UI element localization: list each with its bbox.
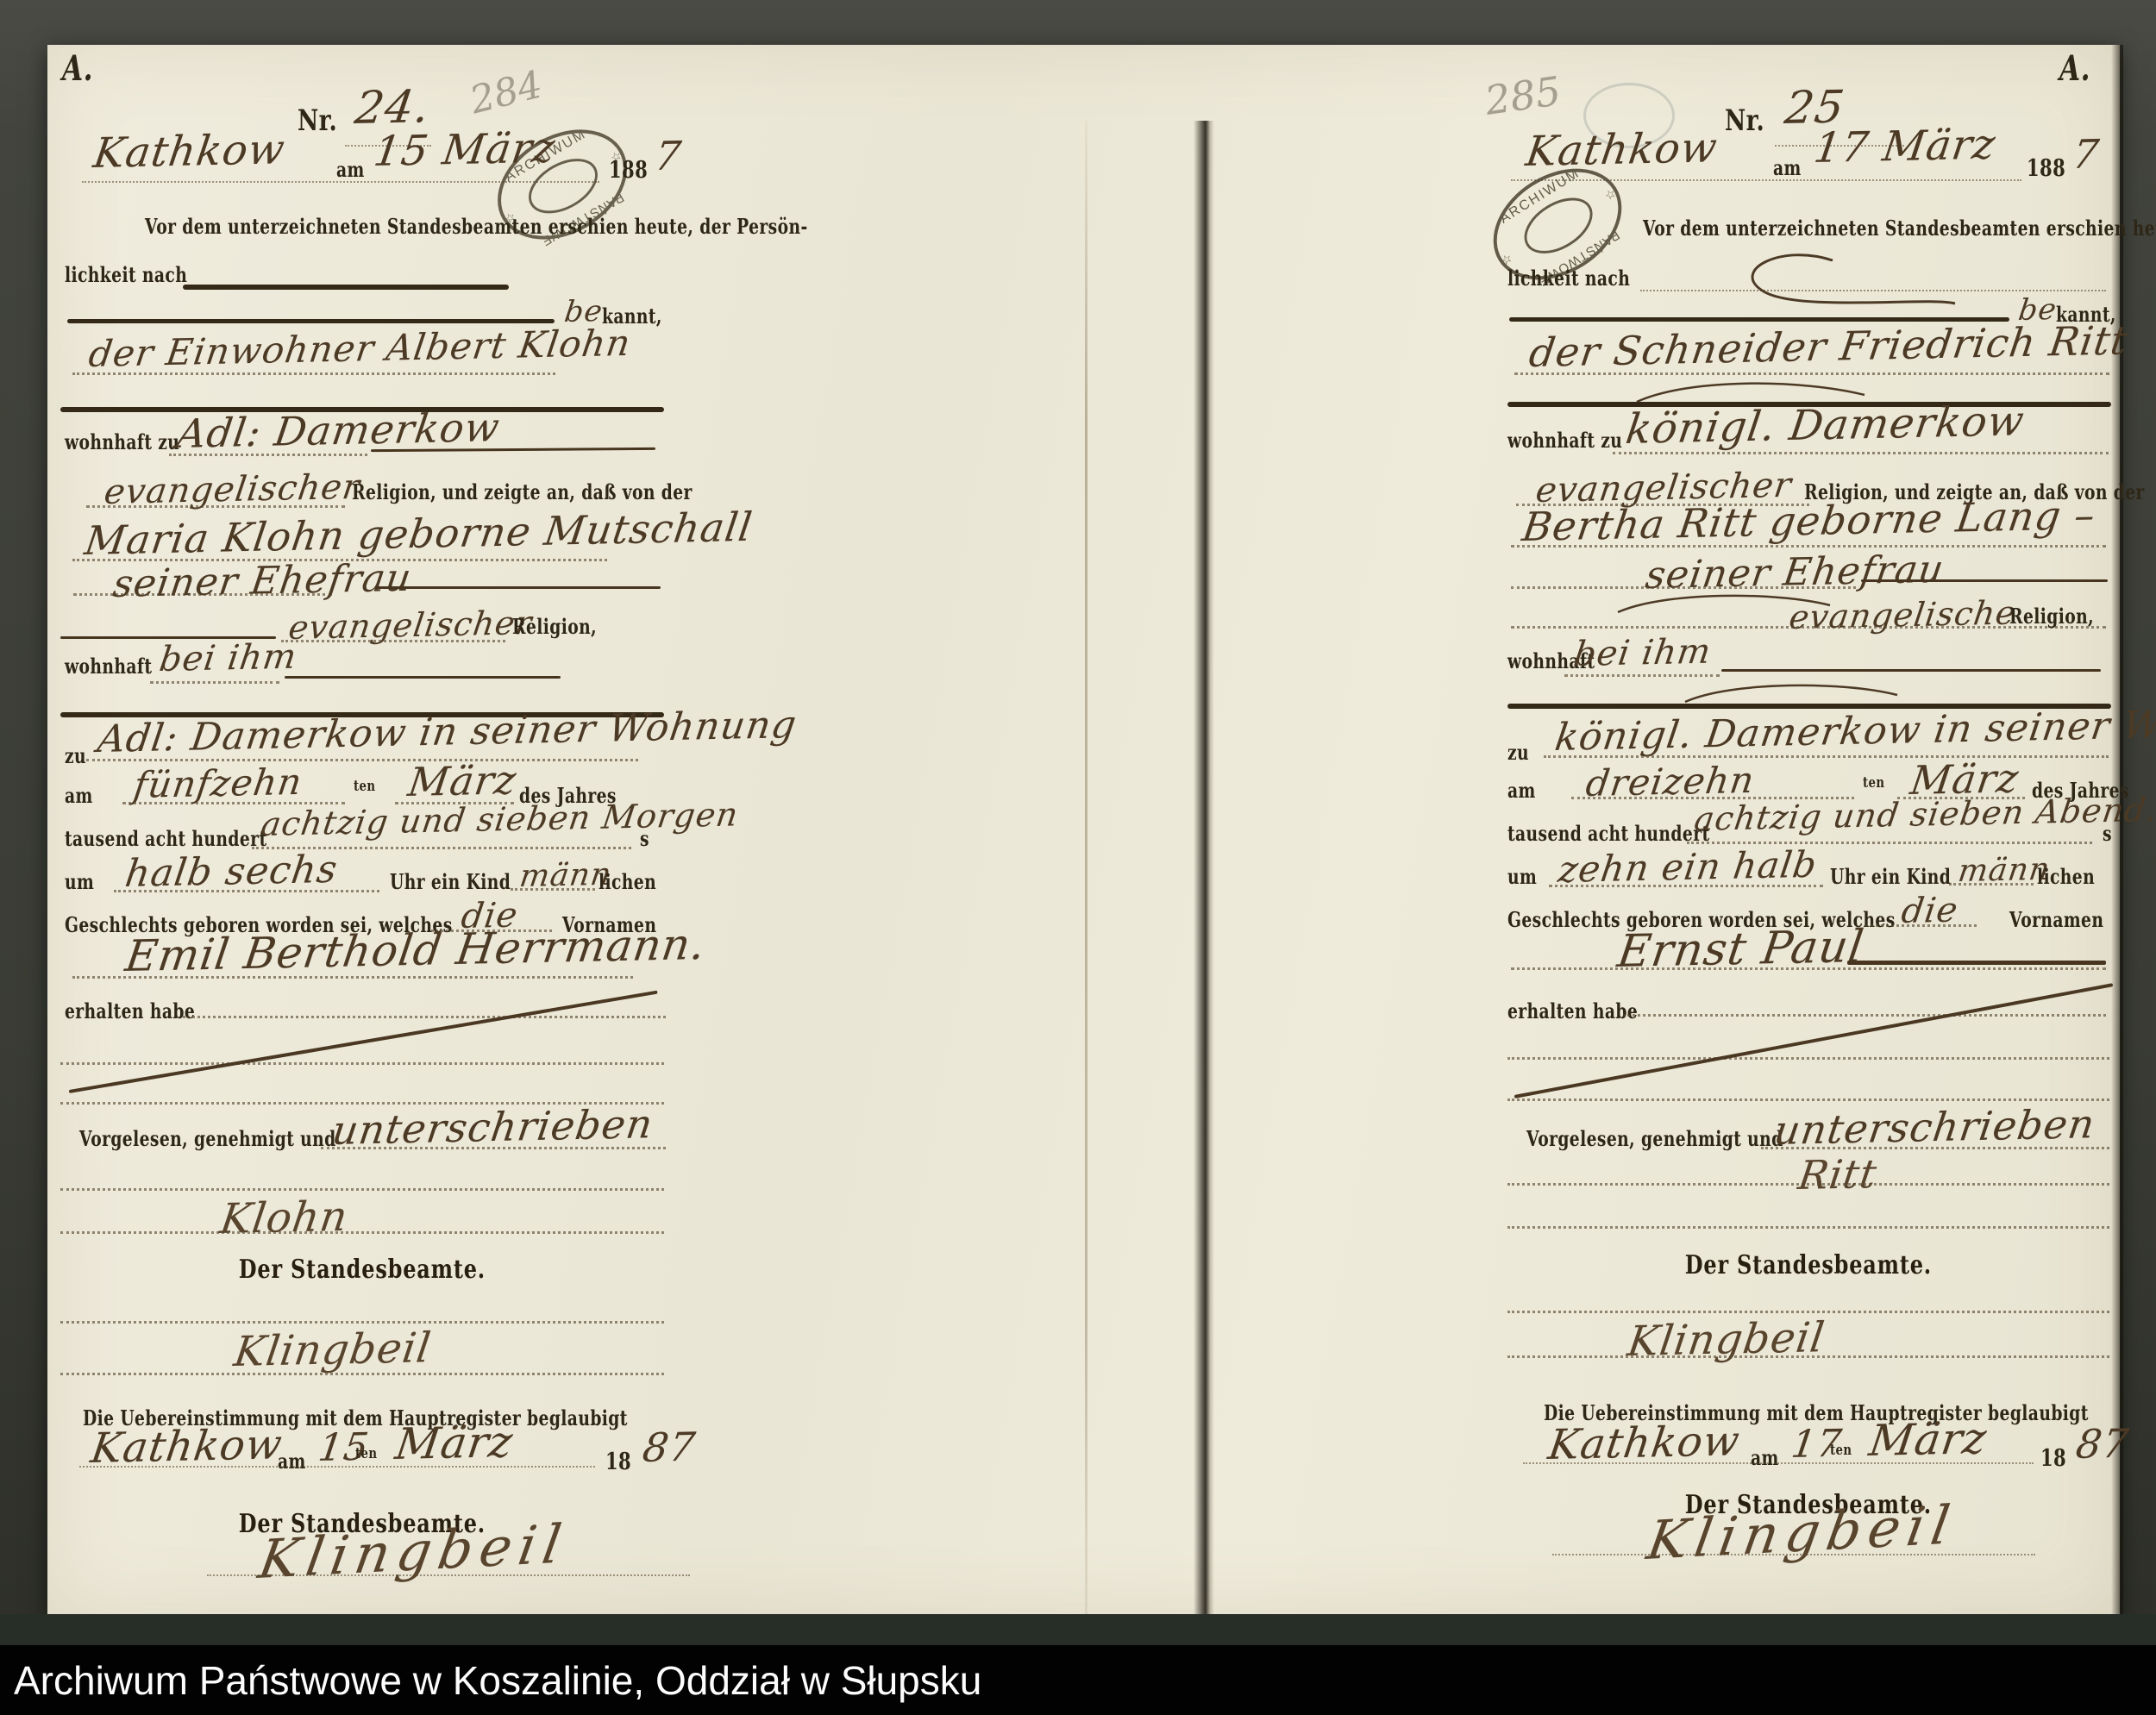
tausend-label: tausend acht hundert (1507, 821, 1709, 846)
ten-label: ten (354, 778, 375, 795)
intro-line1: Vor dem unterzeichneten Standesbeamten e… (145, 214, 808, 239)
entry-line (1523, 1462, 2034, 1464)
entry-line (1623, 1014, 2106, 1017)
entry-line (1511, 586, 1856, 589)
cert-place-entry: Kathkow (88, 1420, 285, 1473)
entry-line (60, 1231, 664, 1234)
entry-line (1544, 755, 2109, 758)
blank-line (1507, 1057, 2109, 1060)
birth-day-entry: fünfzehn (131, 760, 305, 806)
entry-line (321, 1147, 666, 1149)
registration-place: Kathkow (91, 125, 288, 178)
entry-line (86, 759, 638, 761)
blank-line (1507, 1226, 2109, 1229)
archive-caption-bar: Archiwum Państwowe w Koszalinie, Oddział… (0, 1645, 2156, 1715)
registrar-signature: Klingbeil (231, 1324, 434, 1376)
lichen-label: lichen (599, 869, 656, 894)
erhalten-habe-label: erhalten habe (65, 998, 195, 1023)
religion-label: Religion, (512, 614, 597, 639)
birth-time-entry: halb sechs (122, 848, 341, 896)
wohnhaft-label: wohnhaft (65, 654, 152, 679)
cert-year-entry: 87 (2073, 1420, 2132, 1468)
ten-label: ten (1863, 774, 1884, 792)
entry-line (183, 1016, 666, 1018)
hand-stroke (285, 676, 561, 679)
registration-date: 17 März (1811, 121, 1999, 172)
tausend-label: tausend acht hundert (65, 826, 266, 851)
um-text: um (65, 869, 94, 894)
residence-entry: königl. Damerkow (1623, 397, 2028, 454)
hand-stroke (1847, 961, 2106, 965)
entry-line (1949, 883, 2034, 886)
unterschrieben-entry: unterschrieben (1771, 1100, 2098, 1154)
am-label: am (278, 1449, 306, 1474)
cert-month-entry: März (1866, 1413, 1990, 1466)
entry-line (1564, 674, 1720, 677)
page-crease (1085, 121, 1087, 1616)
entry-line (511, 888, 595, 891)
paper-right-edge (2111, 45, 2123, 1616)
hand-stroke (1861, 579, 2108, 582)
entry-line (169, 454, 367, 456)
wohnhaft-zu-label: wohnhaft zu (1507, 428, 1622, 453)
uhr-ein-kind-label: Uhr ein Kind (1830, 864, 1951, 889)
blank-line (60, 1321, 664, 1324)
declarant-signature: Klohn (217, 1192, 351, 1243)
day-time-entry: Abend. (2033, 791, 2156, 831)
am-label: am (65, 783, 93, 808)
entry-line (86, 505, 345, 508)
am-label: am (1507, 778, 1536, 803)
entry-line (72, 976, 633, 979)
entry-line (1865, 924, 1977, 927)
mother-religion: evangelische (1787, 594, 2019, 636)
cert-month-entry: März (392, 1417, 517, 1469)
zu-label: zu (1507, 740, 1529, 765)
birth-month-entry: März (405, 756, 520, 805)
blank-line (1507, 1098, 2109, 1101)
entry-line (1514, 372, 2109, 375)
archival-scan: A. Nr. 24. 284 ARCHIWUM PAŃSTWOWE ☆ ☆ Ka… (0, 0, 2156, 1715)
standesbeamte-heading: Der Standesbeamte. (60, 1255, 664, 1285)
signature-line (1552, 1554, 2035, 1555)
blank-line (60, 1188, 664, 1191)
year-printed: 18 (2040, 1445, 2066, 1472)
cert-place-entry: Kathkow (1545, 1417, 1743, 1469)
signature-line (207, 1574, 690, 1576)
entry-line (79, 1466, 595, 1468)
vorgelesen-label: Vorgelesen, genehmigt und (79, 1126, 336, 1151)
scan-margin (0, 1614, 2156, 1645)
entry-line (1507, 1183, 2109, 1186)
ehefrau-entry: seiner Ehefrau (110, 556, 415, 606)
entry-line (150, 681, 279, 684)
registration-date: 15 März (371, 124, 559, 176)
entry-line (1511, 967, 2106, 970)
religion-label: Religion, (2009, 604, 2094, 629)
intro-line2: lichkeit nach (65, 262, 187, 287)
blank-line (60, 1062, 664, 1065)
entry-line (1507, 1355, 2109, 1358)
plural-s: s (2103, 821, 2112, 846)
vorgelesen-label: Vorgelesen, genehmigt und (1526, 1126, 1783, 1151)
lichen-label: lichen (2037, 864, 2095, 889)
entry-line (73, 593, 332, 596)
nr-label: Nr. (298, 103, 337, 138)
wohnhaft-zu-label: wohnhaft zu (65, 429, 179, 454)
religion-anzeige-label: Religion, und zeigte an, daß von der (352, 479, 693, 504)
am-label: am (1751, 1445, 1779, 1470)
uhr-ein-kind-label: Uhr ein Kind (390, 869, 511, 894)
year-printed: 188 (2027, 155, 2065, 182)
bei-entry: bei ihm (1571, 632, 1714, 674)
unterschrieben-entry: unterschrieben (329, 1100, 656, 1154)
entry-line (281, 640, 505, 642)
declarant-signature: Ritt (1796, 1150, 1880, 1199)
blank-rule (67, 319, 555, 323)
am-label: am (336, 157, 365, 182)
hand-stroke (1721, 669, 2101, 672)
entry-line (60, 1373, 664, 1375)
day-time-entry: Morgen (599, 795, 741, 836)
birth-time-entry: zehn ein halb (1556, 843, 1820, 891)
year-printed: 188 (609, 157, 648, 184)
plural-s: s (640, 826, 649, 851)
blank-rule (183, 285, 509, 290)
am-label: am (1773, 155, 1802, 180)
ten-label: ten (1830, 1442, 1852, 1459)
entry-line (1549, 885, 1823, 887)
intro-line1: Vor dem unterzeichneten Standesbeamten e… (1643, 216, 2156, 241)
vornamen-label: Vornamen (2009, 907, 2103, 932)
bei-entry: bei ihm (157, 637, 299, 679)
entry-line (72, 372, 555, 375)
form-letter-a: A. (2059, 48, 2090, 89)
standesbeamte-heading: Der Standesbeamte. (1507, 1250, 2109, 1280)
entry-line (1613, 452, 2109, 454)
ten-label: ten (355, 1445, 377, 1462)
flourish-loop (1703, 248, 1962, 326)
zu-label: zu (65, 743, 86, 768)
form-letter-a: A. (62, 48, 93, 89)
entry-line (1511, 545, 2106, 548)
archive-caption: Archiwum Państwowe w Koszalinie, Oddział… (14, 1657, 981, 1704)
um-text: um (1507, 864, 1537, 889)
erhalten-habe-label: erhalten habe (1507, 998, 1638, 1023)
page-fold-shadow (1194, 121, 1214, 1616)
blank-line (1507, 1311, 2109, 1313)
entry-line (1761, 1147, 2109, 1149)
cert-year-entry: 87 (640, 1424, 699, 1471)
nr-label: Nr. (1725, 103, 1764, 138)
hand-stroke (376, 586, 661, 589)
intro-line2: lichkeit nach (1507, 266, 1630, 291)
entry-line (114, 890, 379, 892)
year-printed: 18 (605, 1449, 631, 1475)
